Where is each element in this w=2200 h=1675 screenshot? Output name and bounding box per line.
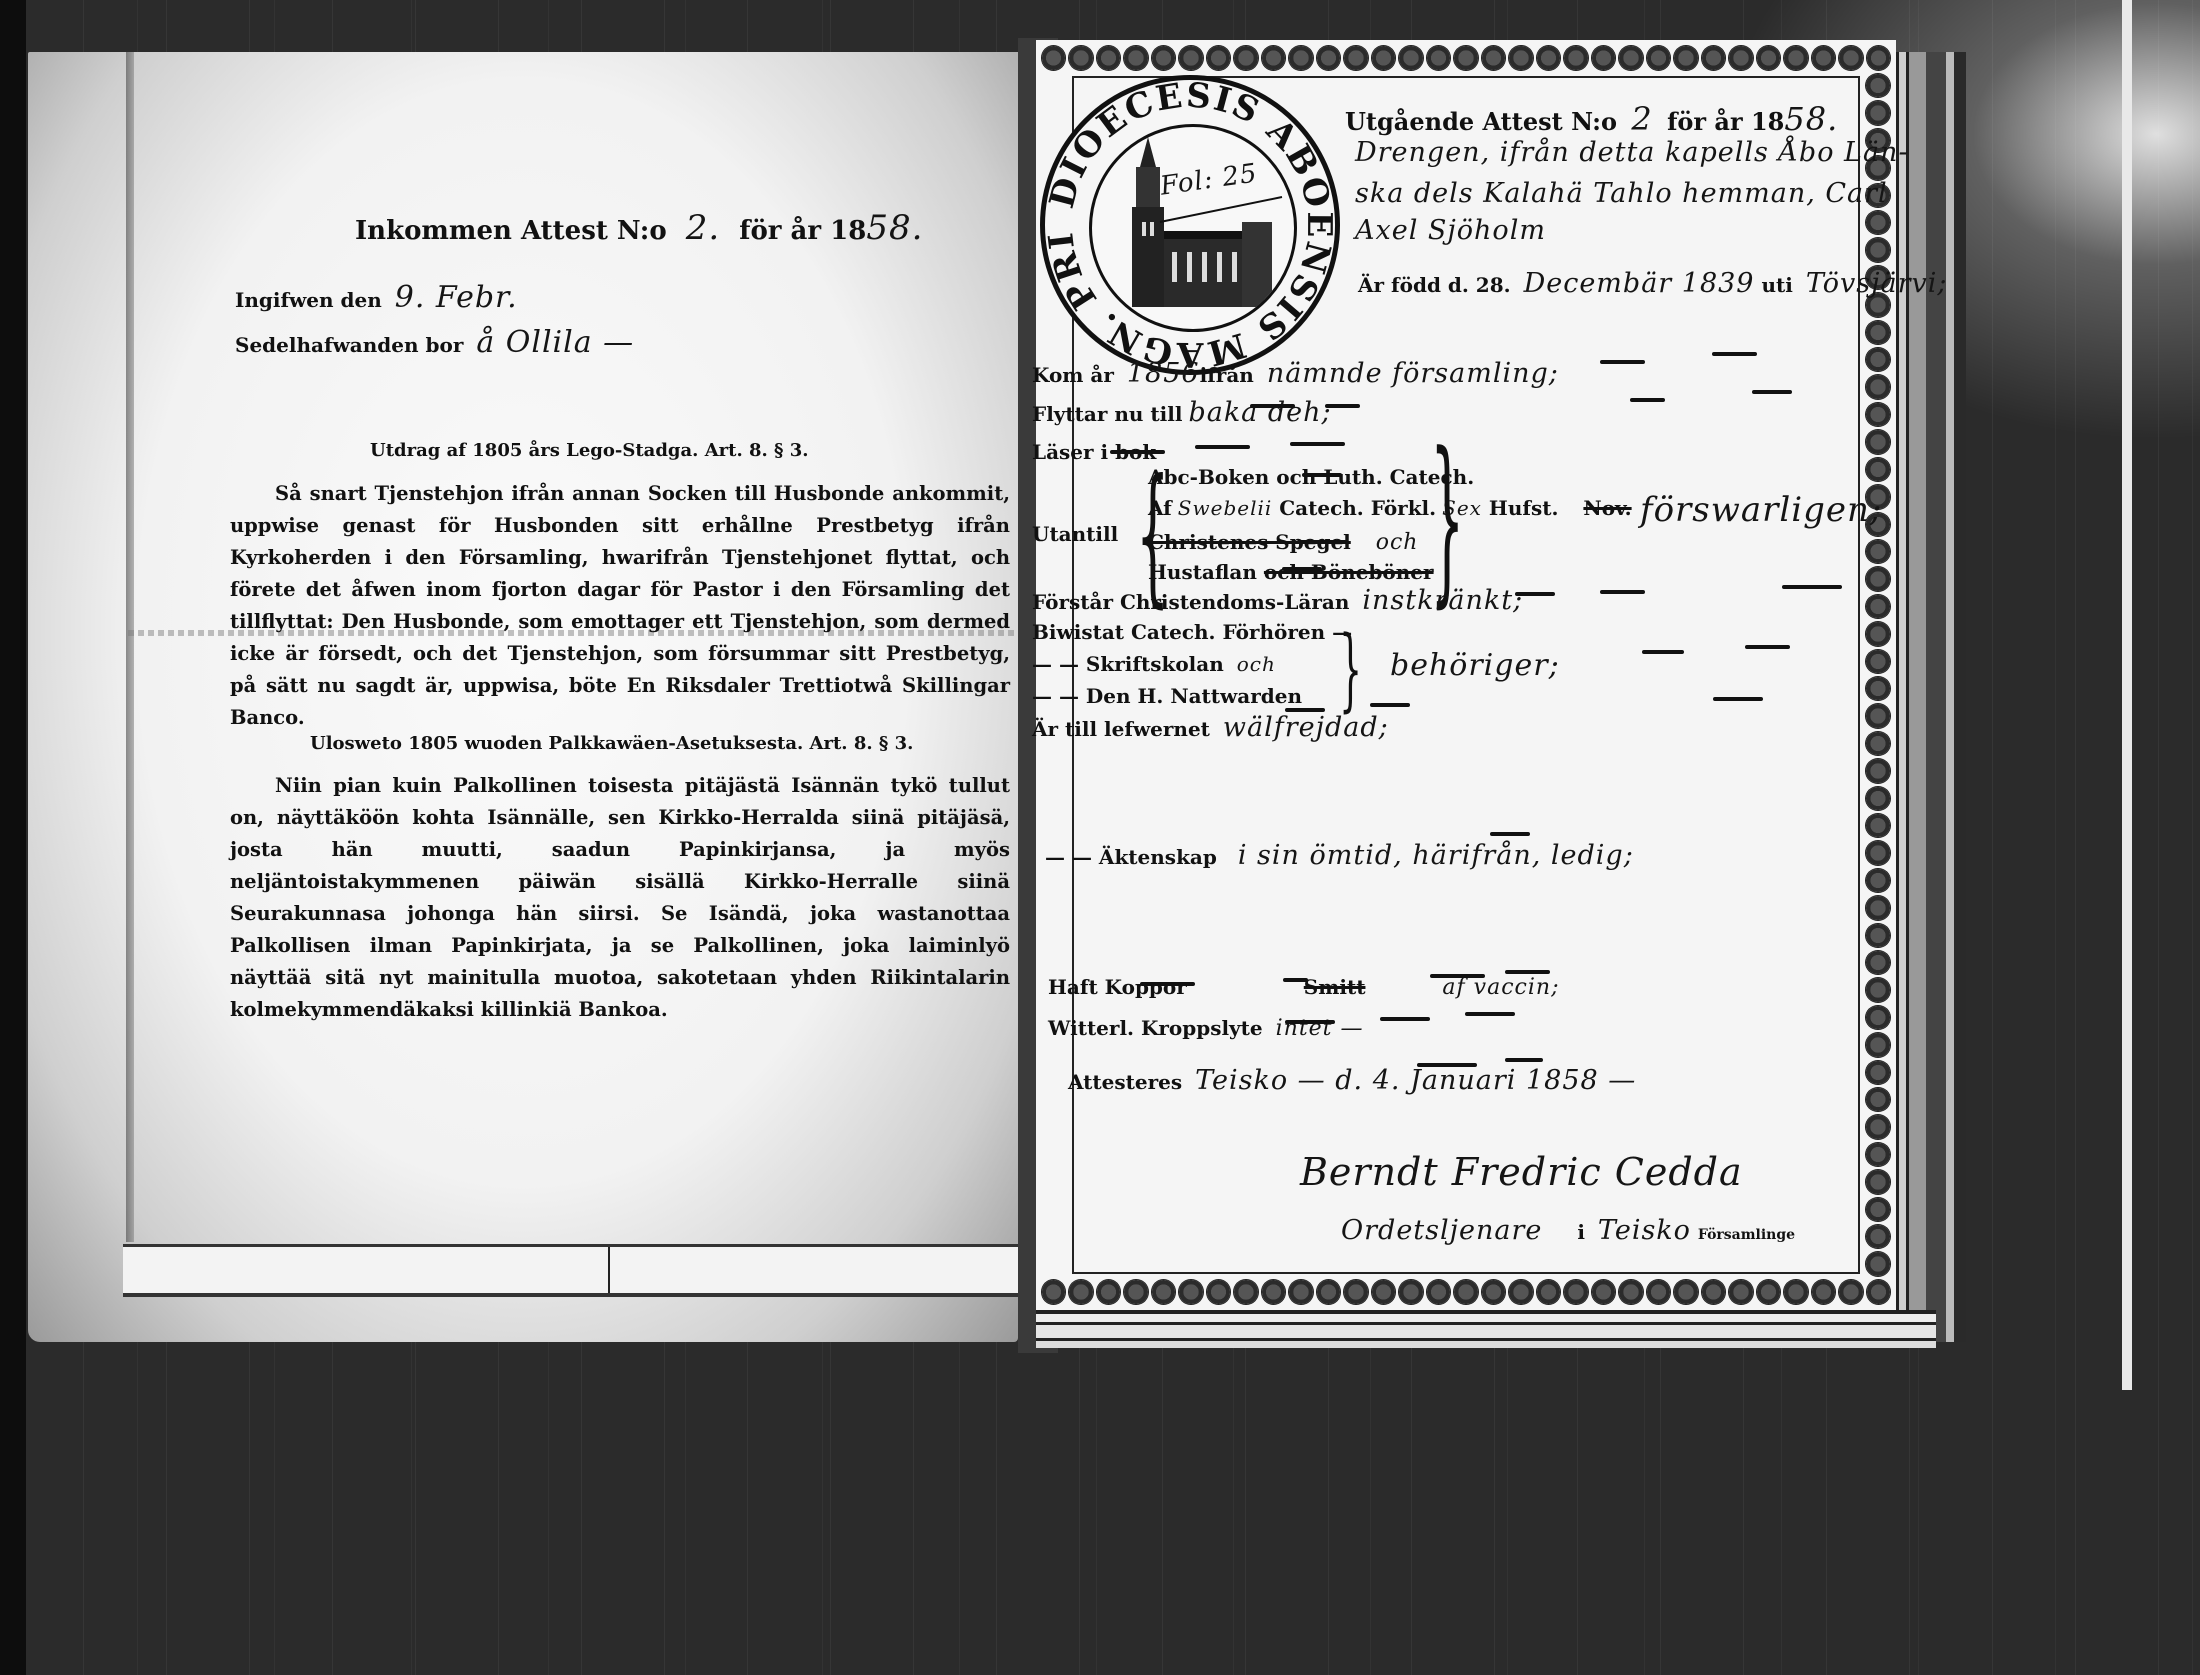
item-hand: och bbox=[1376, 530, 1419, 555]
right-brace: } bbox=[1430, 430, 1464, 610]
field-sedelhafwanden: Sedelhafwanden bor å Ollila — bbox=[235, 325, 634, 360]
row-value: i sin ömtid, härifrån, ledig; bbox=[1238, 840, 1634, 871]
row-confirmation-school: — — Skriftskolan och bbox=[1032, 652, 1276, 676]
title-year-prefix: för år 18 bbox=[739, 216, 866, 246]
attest-number: 2 bbox=[1631, 100, 1652, 138]
rosette-border-right bbox=[1866, 74, 1890, 1276]
row-conduct: Är till lefwernet wälfrejdad; bbox=[1032, 712, 1389, 743]
filler-dash bbox=[1782, 585, 1842, 589]
field-value: 9. Febr. bbox=[395, 280, 518, 315]
filler-dash bbox=[1250, 404, 1295, 408]
knowledge-assessment: förswarligen; bbox=[1640, 490, 1882, 530]
struck-text: och Böneböner bbox=[1264, 560, 1434, 584]
rosette-border-top bbox=[1042, 46, 1890, 70]
row-value: Teisko — d. 4. Januari 1858 — bbox=[1195, 1065, 1636, 1096]
filler-dash bbox=[1505, 970, 1550, 974]
page-stack-edge bbox=[1896, 52, 1966, 1342]
row-born: Är född d. 28. Decembär 1839 uti Tövsjär… bbox=[1358, 268, 1947, 299]
filler-dash bbox=[1745, 645, 1790, 649]
signer-title: Ordetsljenare bbox=[1341, 1215, 1542, 1246]
filler-dash bbox=[1140, 982, 1195, 986]
row-value: 1856 bbox=[1127, 358, 1200, 389]
church-engraving bbox=[1089, 124, 1297, 332]
utantill-item-2: AfSwebelii Catech. Förkl.Sex Hufst. Nov. bbox=[1148, 496, 1632, 520]
signature-title: Ordetsljenare i Teisko Församlinge bbox=[1335, 1215, 1795, 1246]
filler-dash bbox=[1505, 1058, 1543, 1062]
filler-dash bbox=[1712, 352, 1757, 356]
subject-line-3: Axel Sjöholm bbox=[1355, 215, 1546, 246]
signature: Berndt Fredric Cedda bbox=[1300, 1150, 1743, 1194]
row-label: Är till lefwernet bbox=[1032, 717, 1210, 741]
row-label: Kom år bbox=[1032, 363, 1114, 387]
struck-text: Smitt bbox=[1304, 975, 1366, 999]
filler-dash bbox=[1325, 404, 1360, 408]
row-marriage: — — Äktenskap i sin ömtid, härifrån, led… bbox=[1045, 840, 1634, 871]
row-label: Witterl. Kroppslyte bbox=[1048, 1016, 1263, 1040]
item-text2: Hufst. bbox=[1489, 496, 1559, 520]
filler-dash bbox=[1630, 398, 1665, 402]
row-suffix-value: nämnde församling; bbox=[1267, 358, 1559, 389]
filler-dash bbox=[1752, 390, 1792, 394]
utantill-item-4: Hustaflan och Böneböner bbox=[1148, 560, 1434, 584]
filler-dash bbox=[1370, 703, 1410, 707]
parish-prefix: i bbox=[1577, 1220, 1585, 1244]
catech-brace: } bbox=[1339, 625, 1362, 715]
row-arrived: Kom år 1856ifrån nämnde församling; bbox=[1032, 358, 1559, 389]
section-heading-finnish: Ulosweto 1805 wuoden Palkkawäen-Asetukse… bbox=[310, 733, 913, 754]
row-value: baka deh; bbox=[1188, 397, 1331, 428]
row-value: och bbox=[1237, 652, 1276, 676]
item-hand: Swebelii bbox=[1178, 496, 1272, 520]
rosette-border-bottom bbox=[1042, 1280, 1890, 1304]
title-prefix: Utgående Attest N:o bbox=[1345, 107, 1617, 136]
row-value: Decembär 1839 bbox=[1524, 268, 1755, 299]
title-prefix: Inkommen Attest N:o bbox=[355, 216, 667, 246]
row-understands: Förstår Christendoms-Läran instkränkt; bbox=[1032, 585, 1523, 616]
filler-dash bbox=[1430, 974, 1485, 978]
filler-dash bbox=[1713, 697, 1763, 701]
row-value: instkränkt; bbox=[1362, 585, 1523, 616]
item-text: Catech. Förkl. bbox=[1279, 496, 1436, 520]
row-communion: — — Den H. Nattwarden bbox=[1032, 684, 1302, 708]
utantill-item-3: Christenes Spegel och bbox=[1148, 530, 1418, 555]
field-ingifwen: Ingifwen den 9. Febr. bbox=[235, 280, 518, 315]
item-text: Hustaflan bbox=[1148, 560, 1257, 584]
parish-name: Teisko bbox=[1598, 1215, 1691, 1246]
utantill-item-1: Abc-Boken och Luth. Catech. bbox=[1148, 465, 1474, 489]
row-label: — — Äktenskap bbox=[1045, 845, 1217, 869]
page-stack-bottom bbox=[1036, 1310, 1936, 1350]
filler-dash bbox=[1195, 445, 1250, 449]
row-label: Flyttar nu till bbox=[1032, 402, 1182, 426]
field-label: Sedelhafwanden bor bbox=[235, 333, 463, 357]
page-fold bbox=[123, 1244, 1033, 1297]
filler-dash bbox=[1380, 1017, 1430, 1021]
filler-dash bbox=[1290, 442, 1345, 446]
film-edge-left bbox=[0, 0, 26, 1675]
filler-dash bbox=[1515, 592, 1555, 596]
row-catech-hearings: Biwistat Catech. Förhören — bbox=[1032, 620, 1352, 644]
filler-dash bbox=[1282, 567, 1322, 571]
filler-dash bbox=[1465, 1012, 1515, 1016]
utantill-label: Utantill bbox=[1032, 522, 1118, 546]
filler-dash bbox=[1417, 1063, 1477, 1067]
field-label: Ingifwen den bbox=[235, 288, 382, 312]
section-text-swedish: Så snart Tjenstehjon ifrån annan Socken … bbox=[230, 478, 1010, 734]
right-page-title: Utgående Attest N:o 2 för år 1858. bbox=[1345, 100, 1838, 138]
film-edge-right bbox=[2122, 0, 2132, 1390]
row-suffix-label: uti bbox=[1761, 273, 1792, 297]
row-label: — — Skriftskolan bbox=[1032, 652, 1224, 676]
attest-year: 58. bbox=[866, 208, 923, 248]
filler-dash bbox=[1600, 360, 1645, 364]
title-year-prefix: för år 18 bbox=[1667, 107, 1784, 136]
row-attest: Attesteres Teisko — d. 4. Januari 1858 — bbox=[1068, 1065, 1636, 1096]
diocese-seal: DIOECESIS ABOENSIS MAGN. PRINC. FINL. Fo… bbox=[1040, 75, 1340, 375]
subject-line-1: Drengen, ifrån detta kapells Åbo Län- bbox=[1355, 137, 1909, 168]
parish-suffix: Församlinge bbox=[1698, 1227, 1795, 1243]
left-page-title: Inkommen Attest N:o 2. för år 1858. bbox=[355, 208, 923, 248]
filler-dash bbox=[1283, 978, 1308, 982]
row-suffix-value: Tövsjärvi; bbox=[1806, 268, 1948, 299]
filler-dash bbox=[1302, 473, 1342, 477]
attest-number: 2. bbox=[686, 208, 720, 248]
filler-dash bbox=[1642, 650, 1684, 654]
row-moving-to: Flyttar nu tillbaka deh; bbox=[1032, 397, 1332, 428]
filler-dash bbox=[1600, 590, 1645, 594]
section-text-finnish: Niin pian kuin Palkollinen toisesta pitä… bbox=[230, 770, 1010, 1026]
filler-dash bbox=[1297, 540, 1347, 544]
struck-text: Nov. bbox=[1583, 496, 1631, 520]
subject-line-2: ska dels Kalahä Tahlo hemman, Carl bbox=[1355, 178, 1888, 209]
row-label: Är född d. 28. bbox=[1358, 273, 1511, 297]
row-label: Haft Koppor bbox=[1048, 975, 1187, 999]
catech-assessment: behöriger; bbox=[1390, 648, 1560, 683]
field-value: å Ollila — bbox=[476, 325, 634, 360]
church-icon bbox=[1092, 127, 1294, 329]
row-label: Attesteres bbox=[1068, 1070, 1182, 1094]
row-suffix-label: ifrån bbox=[1200, 363, 1254, 387]
filler-dash bbox=[1285, 1020, 1335, 1024]
item-prefix: Af bbox=[1148, 496, 1172, 520]
row-label: Förstår Christendoms-Läran bbox=[1032, 590, 1349, 614]
section-heading-swedish: Utdrag af 1805 års Lego-Stadga. Art. 8. … bbox=[370, 440, 809, 461]
attest-year: 58. bbox=[1784, 100, 1838, 138]
filler-dash bbox=[1285, 708, 1325, 712]
row-value: wälfrejdad; bbox=[1223, 712, 1389, 743]
filler-dash bbox=[1490, 832, 1530, 836]
row-value: af vaccin; bbox=[1442, 975, 1559, 1000]
